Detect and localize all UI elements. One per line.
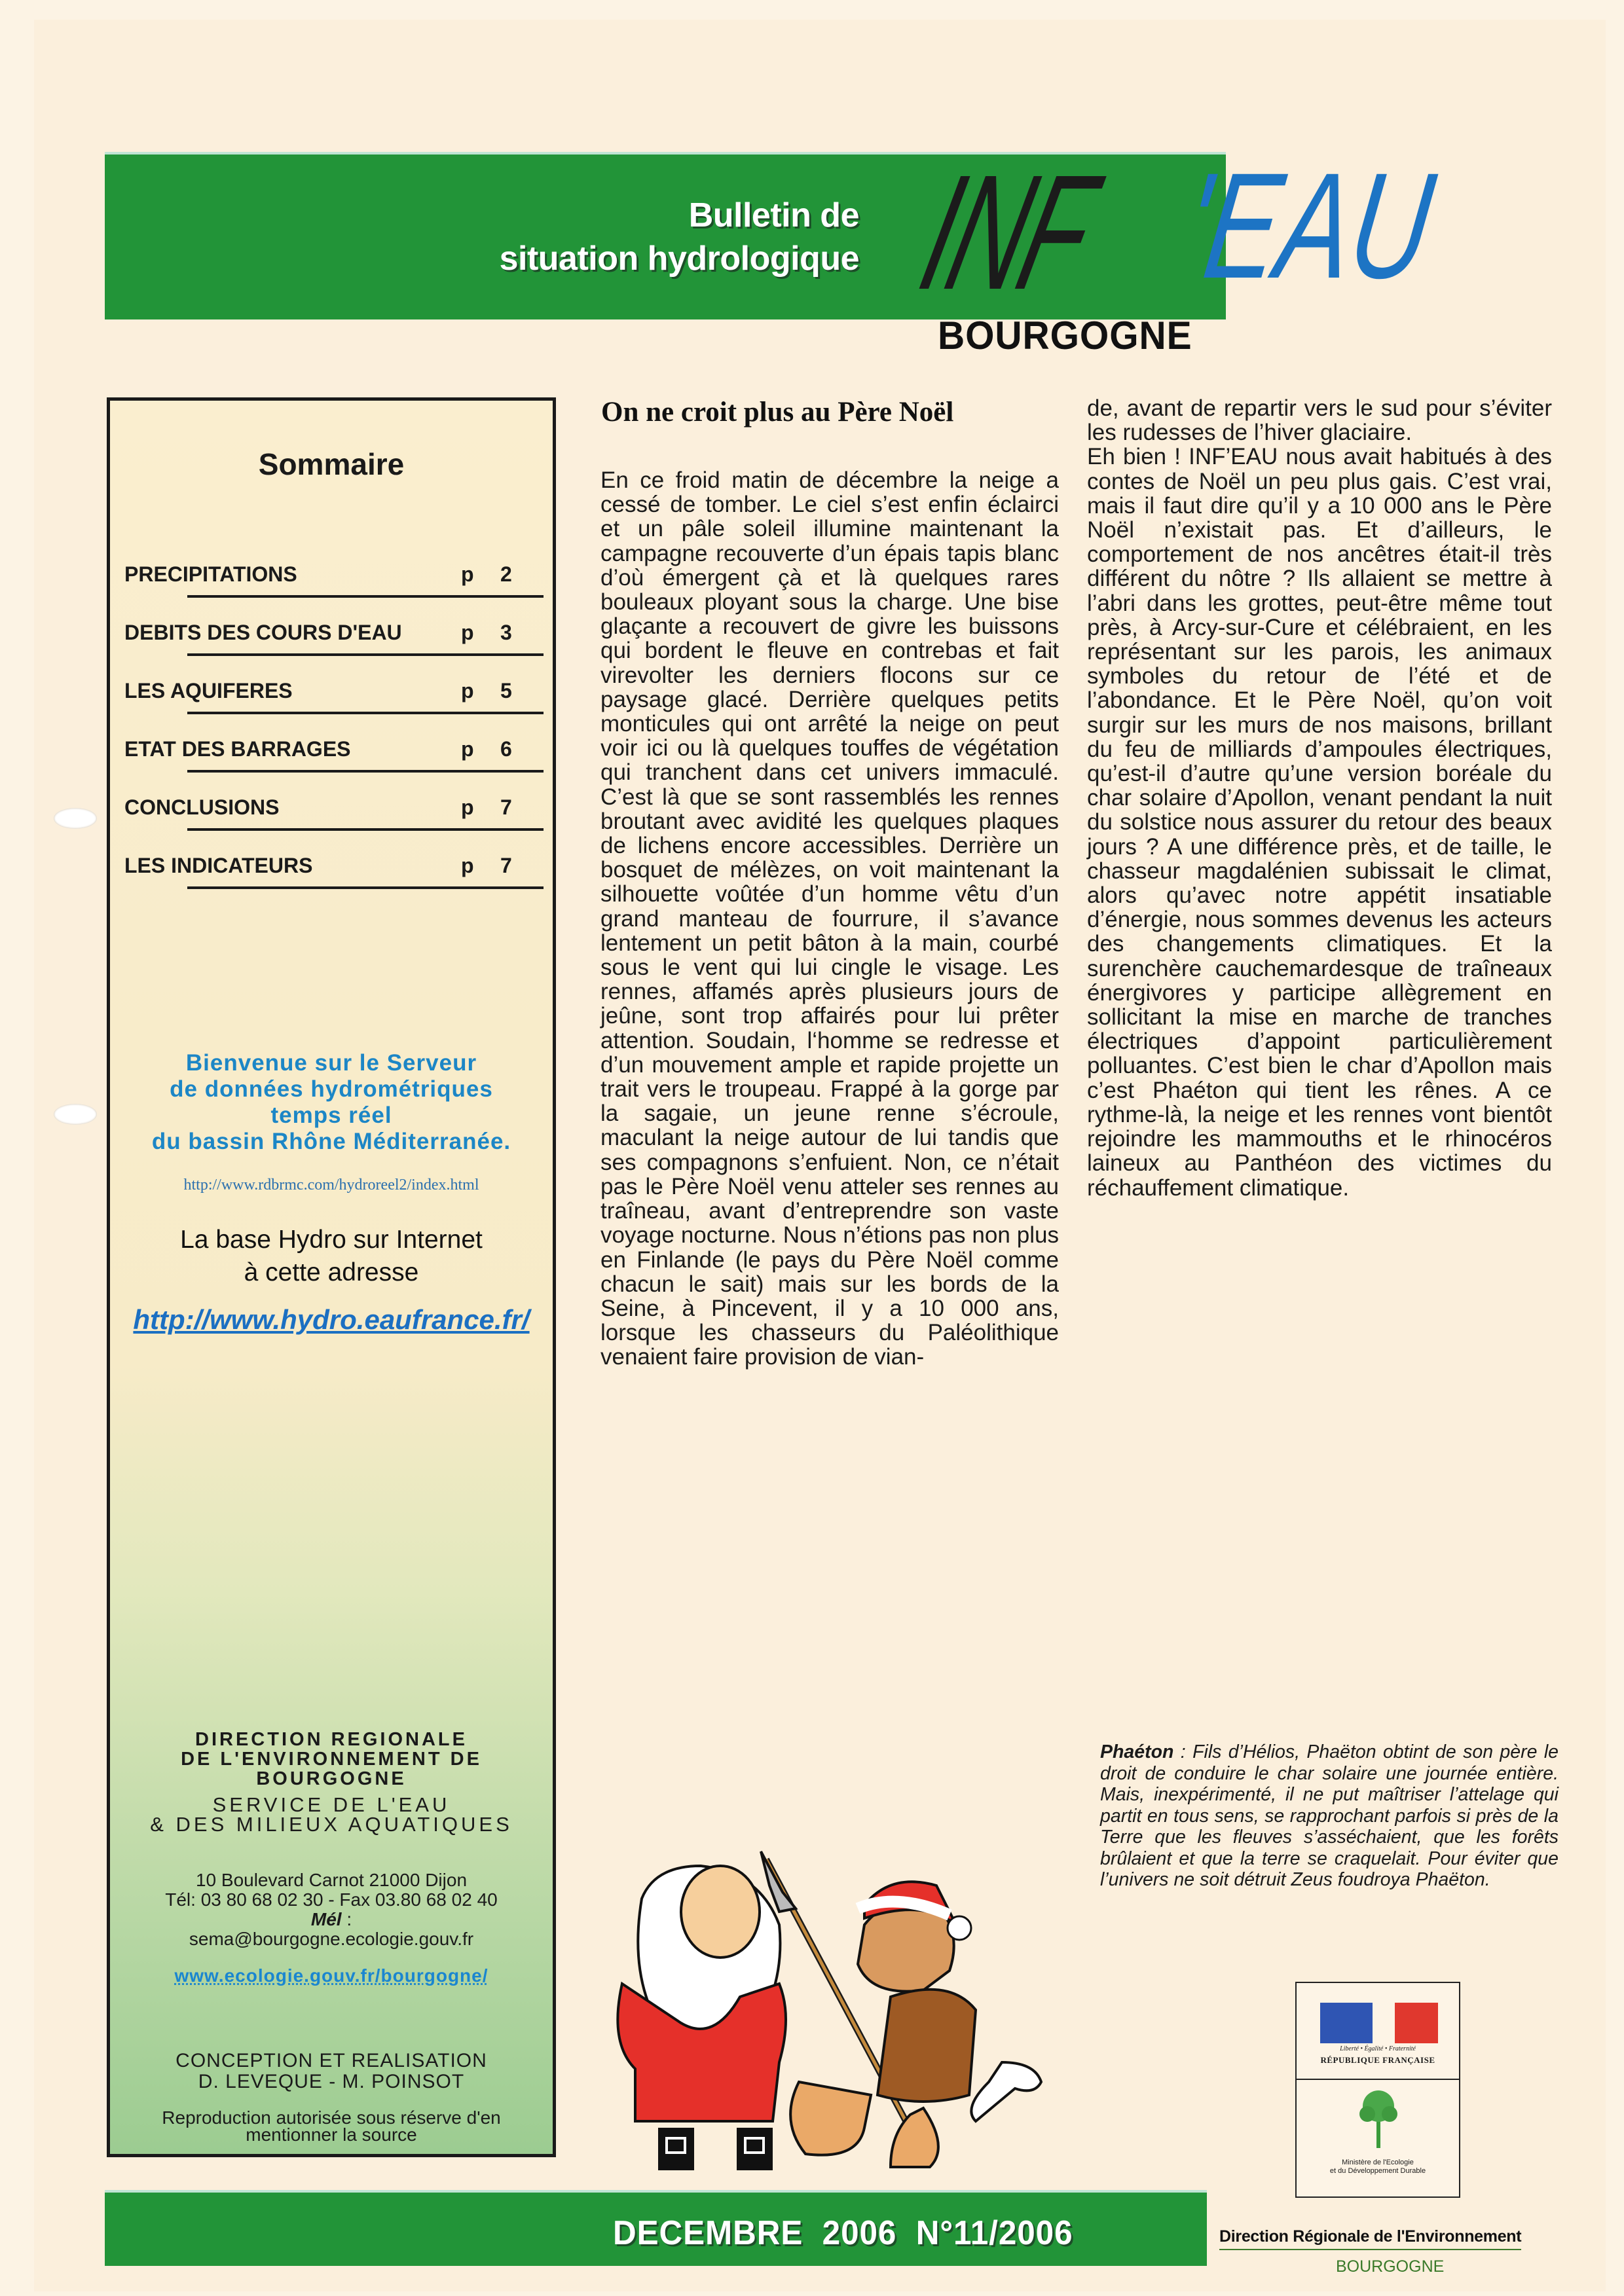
toc-item-barrages[interactable]: ETAT DES BARRAGES p 6 — [110, 737, 553, 776]
issue-date-number: DECEMBRE 2006 N°11/2006 — [613, 2214, 1073, 2253]
toc-rule — [187, 653, 544, 656]
organization-name: DIRECTION REGIONALE DE L'ENVIRONNEMENT D… — [110, 1730, 553, 1789]
toc-label: LES AQUIFERES — [124, 679, 293, 703]
org-name-line: DE L'ENVIRONNEMENT DE — [110, 1749, 553, 1769]
toc-page-prefix: p — [461, 737, 474, 761]
article-column-2: de, avant de repartir vers le sud pour s… — [1087, 396, 1552, 1200]
toc-label: ETAT DES BARRAGES — [124, 737, 351, 761]
toc-page-number: 3 — [500, 621, 512, 645]
logo-divider — [1297, 2079, 1459, 2080]
toc-rule — [187, 828, 544, 831]
credits-line: D. LEVEQUE - M. POINSOT — [110, 2071, 553, 2092]
toc-page-number: 7 — [500, 795, 512, 820]
direction-region-label: BOURGOGNE — [1336, 2257, 1444, 2276]
welcome-line: temps réel — [110, 1102, 553, 1129]
toc-label: DEBITS DES COURS D'EAU — [124, 621, 402, 645]
hydro-line: La base Hydro sur Internet — [110, 1224, 553, 1256]
organization-service: SERVICE DE L'EAU & DES MILIEUX AQUATIQUE… — [110, 1795, 553, 1834]
bulletin-title-line1: Bulletin de — [500, 194, 859, 237]
bulletin-title: Bulletin de situation hydrologique — [500, 194, 859, 280]
article-paragraph: de, avant de repartir vers le sud pour s… — [1087, 396, 1552, 445]
bulletin-title-line2: situation hydrologique — [500, 237, 859, 280]
toc-page-prefix: p — [461, 795, 474, 820]
hydro-base-text: La base Hydro sur Internet à cette adres… — [110, 1224, 553, 1289]
phaeton-footnote: Phaéton : Fils d’Hélios, Phaëton obtint … — [1100, 1741, 1559, 1891]
rdbrmc-link[interactable]: http://www.rdbrmc.com/hydroreel2/index.h… — [110, 1176, 553, 1194]
hydro-line: à cette adresse — [110, 1256, 553, 1289]
toc-page-number: 7 — [500, 854, 512, 878]
article-paragraph: Eh bien ! INF’EAU nous avait habitués à … — [1087, 445, 1552, 1199]
footnote-term: Phaéton — [1100, 1741, 1173, 1762]
infeau-logo-region: BOURGOGNE — [938, 313, 1192, 358]
santa-caveman-illustration — [583, 1846, 1067, 2174]
org-name-line: DIRECTION REGIONALE — [110, 1730, 553, 1749]
marianne-flag-icon — [1320, 2003, 1438, 2043]
repro-line: mentionner la source — [110, 2126, 553, 2143]
toc-label: PRECIPITATIONS — [124, 562, 297, 587]
toc-rule — [187, 886, 544, 889]
ministry-line: Ministère de l'Ecologie — [1297, 2159, 1459, 2167]
credits-line: CONCEPTION ET REALISATION — [110, 2050, 553, 2071]
toc-item-debits[interactable]: DEBITS DES COURS D'EAU p 3 — [110, 621, 553, 660]
toc-page-number: 2 — [500, 562, 512, 587]
organization-contact: 10 Boulevard Carnot 21000 Dijon Tél: 03 … — [110, 1870, 553, 1949]
mel-label: Mél — [311, 1909, 342, 1929]
toc-title: Sommaire — [110, 446, 553, 482]
reproduction-notice: Reproduction autorisée sous réserve d'en… — [110, 2109, 553, 2143]
service-line: SERVICE DE L'EAU — [110, 1795, 553, 1815]
direction-environment-label: Direction Régionale de l'Environnement — [1219, 2227, 1521, 2250]
ecologie-website-link[interactable]: www.ecologie.gouv.fr/bourgogne/ — [110, 1965, 553, 1986]
phone-fax: Tél: 03 80 68 02 30 - Fax 03.80 68 02 40 — [110, 1890, 553, 1910]
toc-label: LES INDICATEURS — [124, 854, 312, 878]
sidebar-box: Sommaire PRECIPITATIONS p 2 DEBITS DES C… — [107, 397, 556, 2157]
toc-page-prefix: p — [461, 854, 474, 878]
toc-item-precipitations[interactable]: PRECIPITATIONS p 2 — [110, 562, 553, 602]
punch-hole — [54, 1104, 97, 1125]
credits: CONCEPTION ET REALISATION D. LEVEQUE - M… — [110, 2050, 553, 2092]
toc-page-prefix: p — [461, 562, 474, 587]
punch-hole — [54, 808, 97, 829]
ministry-name: Ministère de l'Ecologie et du Développem… — [1297, 2159, 1459, 2176]
footer-band: DECEMBRE 2006 N°11/2006 — [105, 2190, 1207, 2266]
government-logo-block: Liberté • Égalité • Fraternité RÉPUBLIQU… — [1295, 1982, 1460, 2198]
welcome-message: Bienvenue sur le Serveur de données hydr… — [110, 1050, 553, 1155]
toc-rule — [187, 595, 544, 598]
toc-item-conclusions[interactable]: CONCLUSIONS p 7 — [110, 795, 553, 835]
service-line: & DES MILIEUX AQUATIQUES — [110, 1815, 553, 1834]
toc-page-prefix: p — [461, 679, 474, 703]
infeau-logo-eau: 'EAU — [1175, 144, 1442, 308]
mel-suffix: : — [342, 1909, 352, 1929]
toc-rule — [187, 770, 544, 773]
footnote-text: : Fils d’Hélios, Phaëton obtint de son p… — [1100, 1741, 1559, 1890]
republic-motto: Liberté • Égalité • Fraternité — [1297, 2045, 1459, 2052]
article-title: On ne croit plus au Père Noël — [601, 396, 953, 428]
address: 10 Boulevard Carnot 21000 Dijon — [110, 1870, 553, 1890]
ministry-tree-icon — [1356, 2088, 1401, 2150]
toc-page-prefix: p — [461, 621, 474, 645]
welcome-line: de données hydrométriques — [110, 1076, 553, 1102]
hydro-eaufrance-link[interactable]: http://www.hydro.eaufrance.fr/ — [110, 1304, 553, 1336]
welcome-line: Bienvenue sur le Serveur — [110, 1050, 553, 1076]
toc-page-number: 6 — [500, 737, 512, 761]
ministry-line: et du Développement Durable — [1297, 2167, 1459, 2176]
org-name-line: BOURGOGNE — [110, 1769, 553, 1789]
article-paragraph: En ce froid matin de décembre la neige a… — [600, 468, 1059, 1370]
toc-item-indicateurs[interactable]: LES INDICATEURS p 7 — [110, 854, 553, 893]
toc-item-aquiferes[interactable]: LES AQUIFERES p 5 — [110, 679, 553, 718]
email-address[interactable]: sema@bourgogne.ecologie.gouv.fr — [110, 1929, 553, 1949]
republic-name: RÉPUBLIQUE FRANÇAISE — [1297, 2055, 1459, 2066]
welcome-line: du bassin Rhône Méditerranée. — [110, 1129, 553, 1155]
toc-rule — [187, 712, 544, 714]
email-label: Mél : — [110, 1910, 553, 1929]
article-column-1: En ce froid matin de décembre la neige a… — [600, 468, 1059, 1370]
toc-page-number: 5 — [500, 679, 512, 703]
toc-label: CONCLUSIONS — [124, 795, 279, 820]
